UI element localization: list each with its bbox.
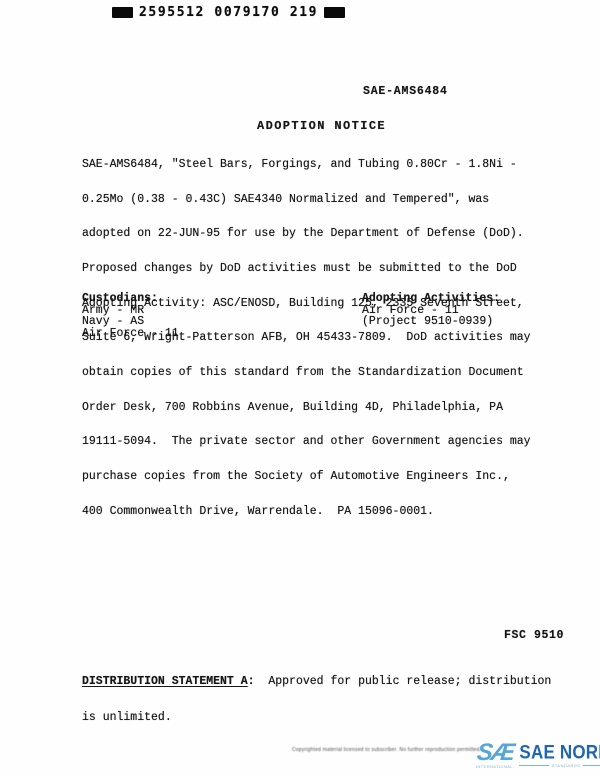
sae-norm-tagline: STANDARDS xyxy=(519,763,600,768)
distribution-colon: : xyxy=(248,675,255,688)
sae-norm-logo: SÆ INTERNATIONAL. SAE NORM STANDARDS xyxy=(476,742,600,769)
sae-logo-icon: SÆ xyxy=(476,742,514,763)
body-line: Proposed changes by DoD activities must … xyxy=(82,263,531,275)
distribution-statement: DISTRIBUTION STATEMENT A: Approved for p… xyxy=(82,652,551,748)
sae-logo-mark-column: SÆ INTERNATIONAL. xyxy=(476,742,514,769)
scan-mark-right xyxy=(324,7,345,18)
tagline-rule-left xyxy=(519,765,548,766)
sae-norm-wordmark: SAE NORM xyxy=(519,743,600,762)
fsc-code: FSC 9510 xyxy=(504,629,564,642)
custodian-item: Navy - AS xyxy=(82,316,179,328)
custodian-item: Air Force - 11 xyxy=(82,328,179,340)
body-line: 0.25Mo (0.38 - 0.43C) SAE4340 Normalized… xyxy=(82,194,531,206)
body-line: obtain copies of this standard from the … xyxy=(82,367,531,379)
adopting-item: (Project 9510-0939) xyxy=(362,316,500,328)
body-line: Order Desk, 700 Robbins Avenue, Building… xyxy=(82,402,531,414)
distribution-line-2: is unlimited. xyxy=(82,712,551,724)
custodians-heading: Custodians: xyxy=(82,293,179,305)
custodians-column: Custodians: Army - MR Navy - AS Air Forc… xyxy=(82,293,179,339)
page-title: ADOPTION NOTICE xyxy=(257,119,386,133)
body-line: SAE-AMS6484, "Steel Bars, Forgings, and … xyxy=(82,159,531,171)
tagline-text: STANDARDS xyxy=(552,763,581,768)
distribution-text: Approved for public release; distributio… xyxy=(255,675,552,688)
adopting-heading: Adopting Activities: xyxy=(362,293,500,305)
distribution-label: DISTRIBUTION STATEMENT A xyxy=(82,675,248,688)
adopting-activities-column: Adopting Activities: Air Force - 11 (Pro… xyxy=(362,293,500,328)
tagline-rule-right xyxy=(583,765,600,766)
document-number: SAE-AMS6484 xyxy=(363,85,448,98)
distribution-line-1: DISTRIBUTION STATEMENT A: Approved for p… xyxy=(82,676,551,688)
body-line: purchase copies from the Society of Auto… xyxy=(82,471,531,483)
scan-code: 2595512 0079170 219 xyxy=(139,5,318,20)
footer-fine-print: Copyrighted material licensed to subscri… xyxy=(292,747,462,753)
body-line: 400 Commonwealth Drive, Warrendale. PA 1… xyxy=(82,506,531,518)
scan-code-row: 2595512 0079170 219 xyxy=(112,5,345,20)
sae-norm-name-column: SAE NORM STANDARDS xyxy=(519,742,600,768)
body-line: adopted on 22-JUN-95 for use by the Depa… xyxy=(82,228,531,240)
scan-mark-left xyxy=(112,7,133,18)
scanned-document-page: 2595512 0079170 219 SAE-AMS6484 ADOPTION… xyxy=(0,0,600,776)
body-line: 19111-5094. The private sector and other… xyxy=(82,436,531,448)
